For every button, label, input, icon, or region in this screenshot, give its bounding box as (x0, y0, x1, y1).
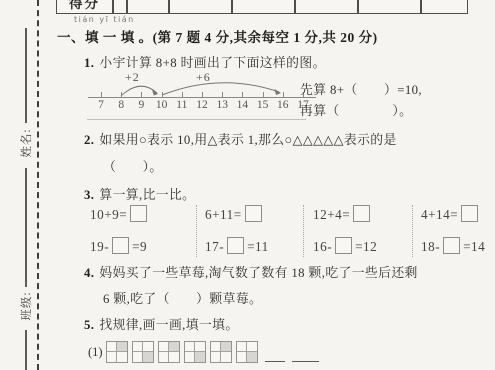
pattern-grid (132, 341, 154, 363)
question-1-steps: 先算 8+（ ）=10, 再算（ ）。 (300, 79, 422, 121)
question-5-text: 5.找规律,画一画,填一填。 (84, 314, 239, 333)
equation: 17-=11 (205, 237, 269, 255)
pattern-grid-cell (117, 352, 127, 362)
arc-plus2-label: +2 (125, 70, 140, 85)
student-name-label: 姓名: (9, 124, 43, 162)
number-line-number: 12 (192, 99, 212, 111)
margin-rule-segment (25, 168, 27, 287)
pattern-grid (184, 341, 206, 363)
pattern-grid (158, 341, 180, 363)
pattern-grid-cell (221, 352, 231, 362)
pattern-grid-cell (185, 352, 195, 362)
number-line-number: 9 (131, 99, 151, 111)
question-2-text: 2.如果用○表示 10,用△表示 1,那么○△△△△△表示的是 (84, 129, 397, 148)
pattern-grid-cell (247, 352, 257, 362)
answer-box (245, 205, 262, 222)
pattern-grid-cell (133, 342, 143, 352)
pattern-grid-cell (195, 342, 205, 352)
pattern-grid (106, 341, 128, 363)
pattern-grid-cell (107, 342, 117, 352)
number-line-tick (121, 92, 122, 97)
rule-line (87, 119, 306, 120)
pattern-grid-cell (221, 342, 231, 352)
question-3-equations: 10+9= 6+11= 12+4= 4+14= 19-=9 17-=11 16-… (88, 203, 490, 259)
pattern-grid-cell (159, 352, 169, 362)
question-1-number: 1. (84, 56, 94, 70)
question-3-number: 3. (84, 188, 94, 202)
question-2-number: 2. (84, 133, 94, 147)
answer-box (461, 205, 478, 222)
equation: 19-=9 (90, 237, 147, 255)
question-5-number: 5. (84, 318, 94, 332)
pattern-grid-cell (169, 342, 179, 352)
equation: 4+14= (421, 205, 481, 223)
arc-plus6-label: +6 (196, 70, 211, 85)
number-line-tick (283, 92, 284, 97)
number-line-number: 15 (253, 99, 273, 111)
number-line-tick (141, 92, 142, 97)
question-3-text: 3.算一算,比一比。 (84, 184, 195, 203)
number-line: +2 +6 7891011121314151617 (88, 70, 320, 125)
score-table: 得分 (56, 0, 468, 14)
pattern-grid-cell (237, 342, 247, 352)
number-line-tick (162, 92, 163, 97)
number-line-tick (263, 92, 264, 97)
number-line-number: 14 (232, 99, 252, 111)
question-2-answer-blank: （ ）。 (103, 156, 163, 175)
answer-blank-line (292, 361, 319, 362)
margin-rule-segment (25, 330, 27, 370)
pattern-grid-cell (107, 352, 117, 362)
column-separator (303, 205, 304, 257)
pattern-grid-cell (117, 342, 127, 352)
pattern-grids (106, 341, 258, 363)
margin-rule-segment (25, 28, 27, 123)
pattern-grid-cell (185, 342, 195, 352)
question-4-text: 4.妈妈买了一些草莓,淘气数了数有 18 颗,吃了一些后还剩 (84, 262, 418, 281)
equation: 6+11= (205, 205, 265, 223)
number-line-tick (242, 92, 243, 97)
question-4-text-line2: 6 颗,吃了（ ）颗草莓。 (103, 288, 262, 307)
worksheet-page: 姓名: 班级: 得分 tián yī tián 一、填 一 填 。(第 7 题 … (0, 0, 495, 370)
number-line-number: 11 (172, 99, 192, 111)
number-line-number: 13 (212, 99, 232, 111)
number-line-axis (88, 97, 316, 98)
answer-blank-line (265, 361, 285, 362)
pattern-grid-cell (133, 352, 143, 362)
pattern-grid (236, 341, 258, 363)
column-separator (412, 205, 413, 257)
answer-box (353, 205, 370, 222)
pattern-grid-cell (159, 342, 169, 352)
number-line-tick (202, 92, 203, 97)
section-title: 一、填 一 填 。(第 7 题 4 分,其余每空 1 分,共 20 分) (57, 26, 378, 46)
answer-box (227, 237, 244, 254)
question-1-text: 1.小宇计算 8+8 时画出了下面这样的图。 (84, 52, 326, 71)
student-class-label: 班级: (9, 287, 43, 325)
number-line-number: 7 (91, 99, 111, 111)
pattern-grid-cell (211, 352, 221, 362)
pattern-grid-cell (169, 352, 179, 362)
equation: 12+4= (313, 205, 373, 223)
equation: 18-=14 (421, 237, 485, 255)
number-line-number: 10 (152, 99, 172, 111)
score-label: 得分 (57, 0, 112, 13)
step2-text: 再算（ ）。 (300, 100, 422, 121)
pattern-grid-cell (143, 352, 153, 362)
pattern-grid (210, 341, 232, 363)
answer-box (130, 205, 147, 222)
number-line-tick (182, 92, 183, 97)
step1-text: 先算 8+（ ）=10, (300, 79, 422, 100)
number-line-tick (222, 92, 223, 97)
answer-box (112, 237, 129, 254)
equation: 10+9= (90, 205, 150, 223)
column-separator (196, 205, 197, 257)
pattern-grid-cell (195, 352, 205, 362)
pattern-grid-cell (247, 342, 257, 352)
number-line-number: 16 (273, 99, 293, 111)
item-1-label: (1) (88, 341, 103, 363)
answer-box (443, 237, 460, 254)
answer-box (335, 237, 352, 254)
number-line-number: 8 (111, 99, 131, 111)
pattern-grid-cell (211, 342, 221, 352)
question-4-number: 4. (84, 266, 94, 280)
pattern-grid-cell (237, 352, 247, 362)
pinyin-annotation: tián yī tián (74, 15, 135, 24)
equation: 16-=12 (313, 237, 377, 255)
pattern-grid-cell (143, 342, 153, 352)
question-5-pattern-row: (1) (88, 341, 319, 363)
number-line-tick (101, 92, 102, 97)
